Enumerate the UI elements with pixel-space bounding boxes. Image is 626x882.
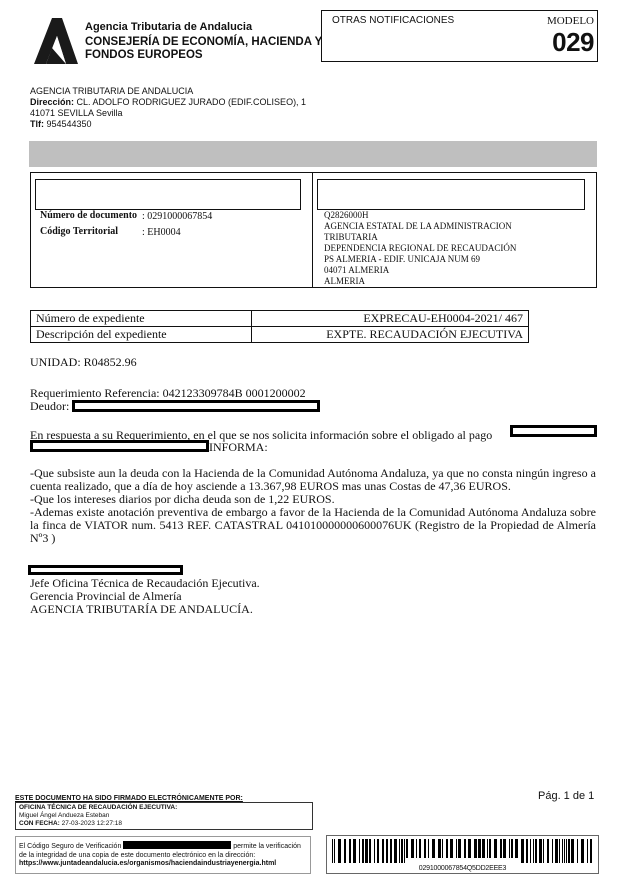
modelo-label: MODELO — [547, 15, 594, 27]
csv-verification-box: El Código Seguro de Verificación permite… — [15, 836, 311, 874]
requerimiento-referencia: Requerimiento Referencia: 042123309784B … — [30, 387, 306, 400]
signer-name: Miguel Ángel Andueza Esteban — [19, 812, 309, 820]
expediente-table: Número de expediente EXPRECAU-EH0004-202… — [30, 310, 529, 343]
column-divider — [312, 172, 313, 288]
junta-andalucia-logo-icon — [30, 18, 78, 64]
signed-office: OFICINA TÉCNICA DE RECAUDACIÓN EJECUTIVA… — [19, 804, 309, 812]
recipient-line: TRIBUTARIA — [324, 232, 516, 243]
ministry-name: CONSEJERÍA DE ECONOMÍA, HACIENDA Y FONDO… — [85, 36, 325, 62]
expediente-number-label: Número de expediente — [31, 311, 252, 327]
recipient-line: DEPENDENCIA REGIONAL DE RECAUDACIÓN — [324, 243, 516, 254]
notification-type: OTRAS NOTIFICACIONES — [332, 15, 454, 26]
doc-number-value: : 0291000067854 — [142, 211, 212, 222]
redacted-obligado — [510, 425, 597, 437]
recipient-line: ALMERIA — [324, 276, 516, 287]
agency-name: Agencia Tributaria de Andalucia — [85, 21, 252, 33]
barcode-icon — [330, 839, 596, 866]
report-paragraphs: -Que subsiste aun la deuda con la Hacien… — [30, 467, 596, 545]
table-row: Descripción del expediente EXPTE. RECAUD… — [31, 327, 529, 343]
csv-suffix: permite la verificación — [233, 843, 301, 850]
expediente-description-value: EXPTE. RECAUDACIÓN EJECUTIVA — [252, 327, 529, 343]
redacted-obligado-cont — [30, 440, 209, 452]
paragraph-debt: -Que subsiste aun la deuda con la Hacien… — [30, 467, 596, 493]
expediente-number-value: EXPRECAU-EH0004-2021/ 467 — [252, 311, 529, 327]
signature-date: 27-03-2023 12:27:18 — [62, 820, 122, 827]
phone-label: Tlf: — [30, 119, 44, 129]
signature-box: OFICINA TÉCNICA DE RECAUDACIÓN EJECUTIVA… — [15, 802, 313, 830]
csv-prefix: El Código Seguro de Verificación — [19, 843, 121, 850]
territorial-code-value: : EH0004 — [142, 227, 181, 238]
recipient-line: 04071 ALMERIA — [324, 265, 516, 276]
recipient-line: Q2826000H — [324, 210, 516, 221]
redacted-signer — [28, 565, 183, 575]
signature-agency: AGENCIA TRIBUTARÍA DE ANDALUCÍA. — [30, 603, 253, 616]
modelo-number: 029 — [552, 27, 594, 58]
expediente-description-label: Descripción del expediente — [31, 327, 252, 343]
recipient-line: PS ALMERIA - EDIF. UNICAJA NUM 69 — [324, 254, 516, 265]
redacted-csv-code — [123, 841, 231, 849]
verification-url[interactable]: https://www.juntadeandalucia.es/organism… — [19, 860, 307, 869]
doc-number-label: Número de documento — [40, 210, 137, 221]
address-label: Dirección: — [30, 97, 74, 107]
paragraph-embargo: -Ademas existe anotación preventiva de e… — [30, 506, 596, 545]
barcode: 0291000067854Q5DD2EEE3 — [326, 835, 599, 874]
issuer-city: 41071 SEVILLA Sevilla — [30, 108, 306, 119]
recipient-name-box — [317, 179, 585, 210]
table-row: Número de expediente EXPRECAU-EH0004-202… — [31, 311, 529, 327]
issuer-block: AGENCIA TRIBUTARIA DE ANDALUCIA Direcció… — [30, 86, 306, 130]
sender-name-box — [35, 179, 301, 210]
page-number: Pág. 1 de 1 — [538, 790, 594, 802]
date-label: CON FECHA: — [19, 820, 60, 827]
issuer-name: AGENCIA TRIBUTARIA DE ANDALUCIA — [30, 86, 306, 97]
informa-heading: INFORMA: — [209, 441, 268, 454]
signed-title: ESTE DOCUMENTO HA SIDO FIRMADO ELECTRÓNI… — [15, 795, 243, 802]
grey-separator-bar — [29, 141, 597, 167]
recipient-line: AGENCIA ESTATAL DE LA ADMINISTRACION — [324, 221, 516, 232]
redacted-deudor — [72, 400, 320, 412]
barcode-text: 0291000067854Q5DD2EEE3 — [327, 865, 598, 872]
csv-line2: de la integridad de una copia de este do… — [19, 852, 307, 861]
unidad: UNIDAD: R04852.96 — [30, 356, 137, 369]
deudor-label: Deudor: — [30, 400, 69, 413]
recipient-address: Q2826000H AGENCIA ESTATAL DE LA ADMINIST… — [324, 210, 516, 287]
issuer-address: CL. ADOLFO RODRIGUEZ JURADO (EDIF.COLISE… — [77, 97, 307, 107]
territorial-code-label: Código Territorial — [40, 226, 118, 237]
issuer-phone: 954544350 — [47, 119, 92, 129]
